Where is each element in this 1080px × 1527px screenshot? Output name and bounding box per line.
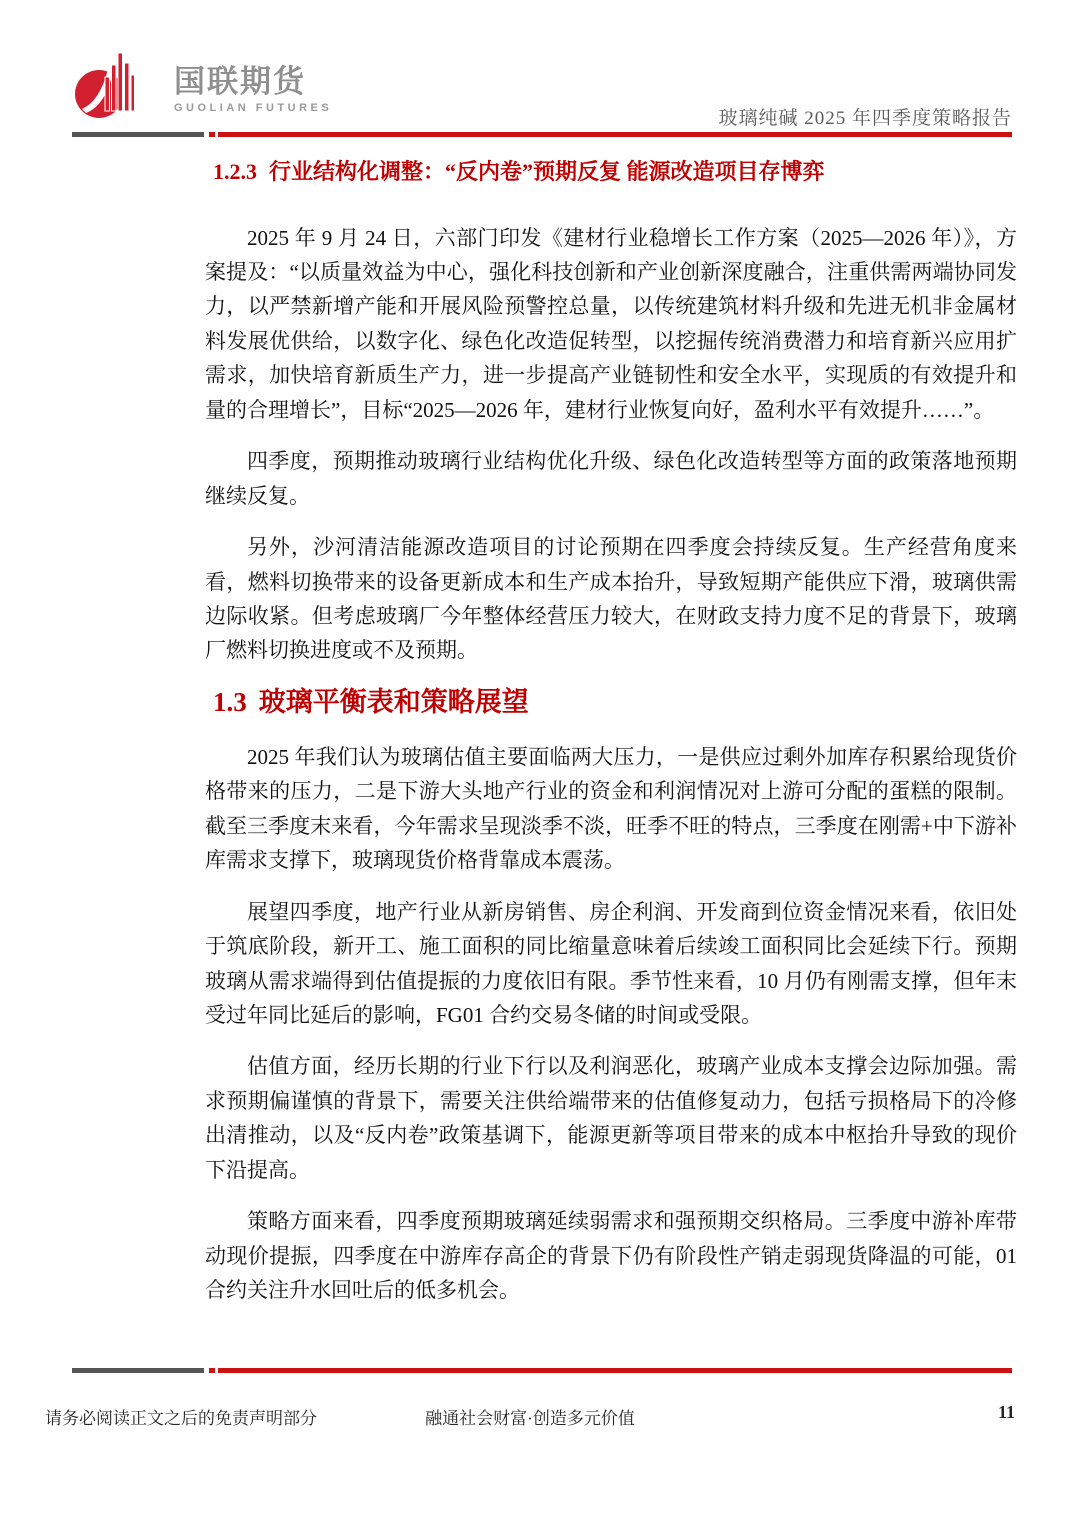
paragraph: 2025 年我们认为玻璃估值主要面临两大压力，一是供应过剩外加库存积累给现货价格…: [205, 740, 1017, 878]
guolian-logo: 国联期货 GUOLIAN FUTURES: [72, 47, 332, 132]
divider-dot: [209, 132, 215, 137]
section-title: 玻璃平衡表和策略展望: [259, 687, 529, 717]
section-title: 行业结构化调整：“反内卷”预期反复 能源改造项目存博弈: [269, 159, 825, 184]
paragraph: 估值方面，经历长期的行业下行以及利润恶化，玻璃产业成本支撑会边际加强。需求预期偏…: [205, 1049, 1017, 1187]
paragraph: 展望四季度，地产行业从新房销售、房企利润、开发商到位资金情况来看，依旧处于筑底阶…: [205, 895, 1017, 1033]
footer-page-number: 11: [998, 1402, 1015, 1423]
footer-divider: [72, 1368, 1012, 1373]
page-footer: 融通社会财富·创造多元价值 请务必阅读正文之后的免责声明部分 11: [45, 1402, 1015, 1430]
logo-subname: GUOLIAN FUTURES: [174, 103, 332, 114]
report-title: 玻璃纯碱 2025 年四季度策略报告: [718, 103, 1012, 132]
logo-name: 国联期货: [174, 66, 332, 97]
divider-dark-segment: [72, 132, 204, 137]
paragraph: 2025 年 9 月 24 日，六部门印发《建材行业稳增长工作方案（2025—2…: [205, 221, 1017, 428]
paragraph: 四季度，预期推动玻璃行业结构优化升级、绿色化改造转型等方面的政策落地预期继续反复…: [205, 444, 1017, 513]
divider-dot: [209, 1368, 215, 1373]
divider-dark-segment: [72, 1368, 204, 1373]
report-body: 1.2.3行业结构化调整：“反内卷”预期反复 能源改造项目存博弈 2025 年 …: [205, 158, 1017, 1325]
divider-red-segment: [218, 132, 1012, 137]
divider-red-segment: [218, 1368, 1012, 1373]
page-header: 国联期货 GUOLIAN FUTURES 玻璃纯碱 2025 年四季度策略报告: [72, 52, 1012, 132]
section-heading-1-3: 1.3玻璃平衡表和策略展望: [213, 685, 1017, 720]
footer-disclaimer: 请务必阅读正文之后的免责声明部分: [45, 1404, 317, 1429]
guolian-logo-mark-icon: [72, 47, 164, 132]
header-divider: [72, 132, 1012, 137]
paragraph: 策略方面来看，四季度预期玻璃延续弱需求和强预期交织格局。三季度中游补库带动现价提…: [205, 1204, 1017, 1307]
section-number: 1.2.3: [213, 159, 257, 184]
report-page: { "header": { "logo": { "name": "国联期货", …: [0, 0, 1080, 1527]
section-number: 1.3: [213, 687, 247, 717]
paragraph: 另外，沙河清洁能源改造项目的讨论预期在四季度会持续反复。生产经营角度来看，燃料切…: [205, 530, 1017, 668]
section-heading-1-2-3: 1.2.3行业结构化调整：“反内卷”预期反复 能源改造项目存博弈: [213, 158, 1017, 187]
